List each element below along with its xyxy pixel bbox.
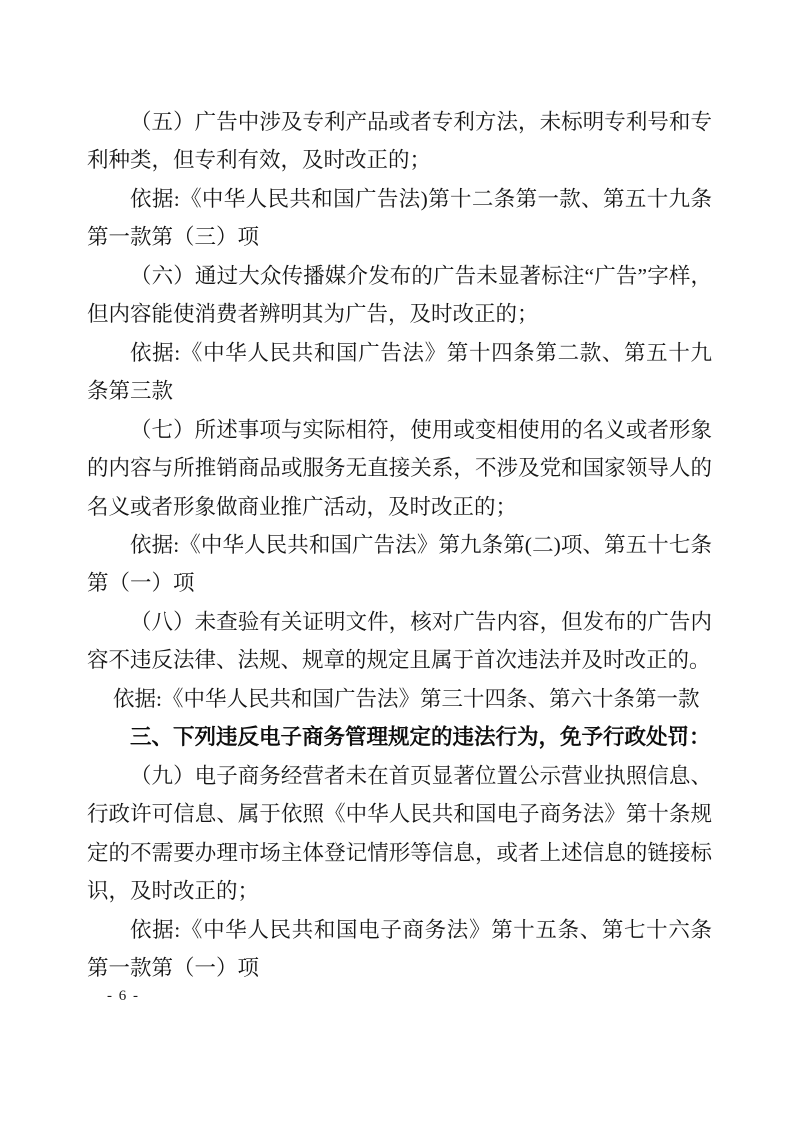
legal-basis-paragraph: 依据:《中华人民共和国广告法》第十四条第二款、第五十九条第三款 [87,334,712,411]
section-heading: 三、下列违反电子商务管理规定的违法行为，免予行政处罚： [87,718,712,756]
clause-paragraph: （九）电子商务经营者未在首页显著位置公示营业执照信息、行政许可信息、属于依照《中… [87,757,712,911]
clause-paragraph: （六）通过大众传播媒介发布的广告未显著标注“广告”字样，但内容能使消费者辨明其为… [87,257,712,334]
document-page: （五）广告中涉及专利产品或者专利方法，未标明专利号和专利种类，但专利有效，及时改… [0,0,793,1122]
clause-paragraph: （七）所述事项与实际相符，使用或变相使用的名义或者形象的内容与所推销商品或服务无… [87,411,712,526]
legal-basis-paragraph: 依据:《中华人民共和国广告法)第十二条第一款、第五十九条第一款第（三）项 [87,180,712,257]
document-body: （五）广告中涉及专利产品或者专利方法，未标明专利号和专利种类，但专利有效，及时改… [87,103,712,987]
legal-basis-paragraph: 依据:《中华人民共和国广告法》第三十四条、第六十条第一款 [87,680,712,718]
legal-basis-paragraph: 依据:《中华人民共和国电子商务法》第十五条、第七十六条第一款第（一）项 [87,911,712,988]
legal-basis-paragraph: 依据:《中华人民共和国广告法》第九条第(二)项、第五十七条第（一）项 [87,526,712,603]
page-number: - 6 - [107,988,140,1005]
clause-paragraph: （五）广告中涉及专利产品或者专利方法，未标明专利号和专利种类，但专利有效，及时改… [87,103,712,180]
clause-paragraph: （八）未查验有关证明文件，核对广告内容，但发布的广告内容不违反法律、法规、规章的… [87,603,712,680]
